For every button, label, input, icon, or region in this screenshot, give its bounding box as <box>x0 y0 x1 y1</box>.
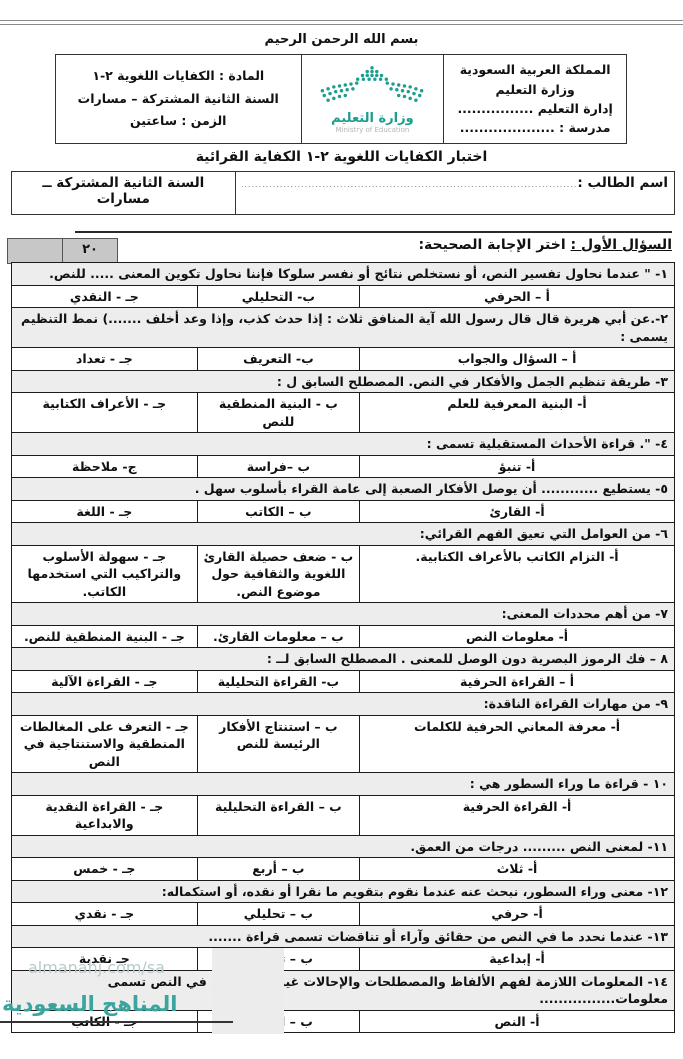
questions-table: ١- " عندما نحاول تفسير النص، أو نستخلص ن… <box>11 262 675 1033</box>
year-line: السنة الثانية المشتركة – مسارات <box>60 88 297 111</box>
student-class-cell: السنة الثانية المشتركة ــ مسارات <box>12 172 236 215</box>
options-row: أ – القراءة الحرفية ب- القراءة التحليلية… <box>12 670 675 693</box>
question-text: ٣- طريقة تنظيم الجمل والأفكار في النص. ا… <box>12 370 675 393</box>
options-row: أ- القراءة الحرفية ب – القراءة التحليلية… <box>12 795 675 835</box>
question-row: ١٠ - قراءة ما وراء السطور هي : <box>12 773 675 796</box>
option-b: ب – معلومات القارئ. <box>197 625 359 648</box>
options-row: أ – الحرفي ب- التحليلي جـ - النقدي <box>12 285 675 308</box>
options-row: أ – السؤال والجواب ب- التعريف جـ - تعداد <box>12 348 675 371</box>
option-a: أ- النص <box>360 1010 675 1033</box>
question-row: ١٣- عندما نحدد ما في النص من حقائق وآراء… <box>12 925 675 948</box>
options-row: أ- التزام الكاتب بالأعراف الكتابية. ب - … <box>12 545 675 603</box>
option-a: أ – السؤال والجواب <box>360 348 675 371</box>
option-b: ب – الكاتب <box>197 500 359 523</box>
school-line: مدرسة : .................... <box>448 118 622 137</box>
option-b: ب – تحليلي <box>197 903 359 926</box>
watermark-arabic: المناهج السعودية <box>2 992 178 1016</box>
score-empty-cell <box>8 239 62 263</box>
basmala: بسم الله الرحمن الرحيم <box>0 32 683 47</box>
option-a: أ- القارئ <box>360 500 675 523</box>
question-text: ١١- لمعنى النص ......... درجات من العمق. <box>12 835 675 858</box>
options-row: أ- تنبؤ ب –فراسة ج- ملاحظة <box>12 455 675 478</box>
header-right-cell: المملكة العربية السعودية وزارة التعليم إ… <box>444 55 627 144</box>
option-a: أ- حرفي <box>360 903 675 926</box>
kingdom-line: المملكة العربية السعودية <box>448 60 622 79</box>
option-a: أ- تنبؤ <box>360 455 675 478</box>
student-name-cell: اسم الطالب : ...........................… <box>235 172 674 215</box>
section-divider-rule <box>75 231 672 233</box>
question-row: ١١- لمعنى النص ......... درجات من العمق. <box>12 835 675 858</box>
option-a: أ- معلومات النص <box>360 625 675 648</box>
option-a: أ- إبداعية <box>360 948 675 971</box>
option-b: ب- التحليلي <box>197 285 359 308</box>
option-a: أ- معرفة المعاني الحرفية للكلمات <box>360 715 675 773</box>
student-name-label: اسم الطالب : <box>577 175 668 191</box>
top-double-rule <box>0 20 683 25</box>
question-text: ١- " عندما نحاول تفسير النص، أو نستخلص ن… <box>12 263 675 286</box>
watermark-url: almanahj.com/sa <box>28 958 165 977</box>
time-line: الزمن : ساعتين <box>60 110 297 133</box>
question-text: ٧- من أهم محددات المعنى: <box>12 603 675 626</box>
option-c: جـ - التعرف على المغالطات المنطقية والاس… <box>12 715 198 773</box>
option-a: أ – الحرفي <box>360 285 675 308</box>
question-text: ١٣- عندما نحدد ما في النص من حقائق وآراء… <box>12 925 675 948</box>
question-row: ٩- من مهارات القراءة الناقدة: <box>12 693 675 716</box>
option-c: جـ - سهولة الأسلوب والتراكيب التي استخدم… <box>12 545 198 603</box>
score-value: ٢٠ <box>62 239 117 263</box>
page-title: اختبار الكفايات اللغوية ٢-١ الكفاية القر… <box>0 149 683 165</box>
option-b: ب - ضعف حصيلة القارئ اللغوية والثقافية ح… <box>197 545 359 603</box>
option-c: جـ - القراءة الآلية <box>12 670 198 693</box>
option-c: جـ - خمس <box>12 858 198 881</box>
question-row: ٣- طريقة تنظيم الجمل والأفكار في النص. ا… <box>12 370 675 393</box>
option-b: ب – استنتاج الأفكار الرئيسة للنص <box>197 715 359 773</box>
question-text: ٤- ". قراءة الأحداث المستقبلية تسمى : <box>12 433 675 456</box>
question-row: ٦- من العوامل التي تعيق الفهم القرائي: <box>12 523 675 546</box>
option-a: أ- القراءة الحرفية <box>360 795 675 835</box>
question-text: ٢-.عن أبي هريرة قال قال رسول الله آية ال… <box>12 308 675 348</box>
header-logo-cell: وزارة التعليم Ministry of Education <box>301 55 444 144</box>
bottom-left-rule <box>0 1021 233 1023</box>
option-b: ب - البنية المنطقية للنص <box>197 393 359 433</box>
option-b: ب –فراسة <box>197 455 359 478</box>
options-row: أ- القارئ ب – الكاتب جـ - اللغة <box>12 500 675 523</box>
question-text: ٩- من مهارات القراءة الناقدة: <box>12 693 675 716</box>
option-c: ج- ملاحظة <box>12 455 198 478</box>
option-a: أ- التزام الكاتب بالأعراف الكتابية. <box>360 545 675 603</box>
student-name-blank: ........................................… <box>242 180 578 189</box>
option-c: جـ - الأعراف الكتابية <box>12 393 198 433</box>
question-row: ٢-.عن أبي هريرة قال قال رسول الله آية ال… <box>12 308 675 348</box>
logo-arabic-text: وزارة التعليم <box>306 111 440 126</box>
options-row: أ- حرفي ب – تحليلي جـ - نقدي <box>12 903 675 926</box>
ministry-of-education-logo-icon <box>313 64 431 106</box>
question-row: ١٢- معنى وراء السطور، نبحث عنه عندما نقو… <box>12 880 675 903</box>
option-a: أ- ثلاث <box>360 858 675 881</box>
option-b: ب- التعريف <box>197 348 359 371</box>
option-c: جـ - البنية المنطقية للنص. <box>12 625 198 648</box>
section-label: السؤال الأول : <box>571 237 672 253</box>
options-row: أ- ثلاث ب – أربع جـ - خمس <box>12 858 675 881</box>
question-row: ٧- من أهم محددات المعنى: <box>12 603 675 626</box>
section-heading: السؤال الأول : اختر الإجابة الصحيحة: <box>418 237 672 253</box>
option-c: جـ - نقدي <box>12 903 198 926</box>
ministry-line: وزارة التعليم <box>448 80 622 99</box>
options-row: أ- معلومات النص ب – معلومات القارئ. جـ -… <box>12 625 675 648</box>
option-b: ب – القراءة التحليلية <box>197 795 359 835</box>
score-box: ٢٠ <box>7 238 118 264</box>
option-c: جـ - النقدي <box>12 285 198 308</box>
question-text: ٨ – فك الرموز البصرية دون الوصل للمعنى .… <box>12 648 675 671</box>
option-c: جـ - تعداد <box>12 348 198 371</box>
student-name-table: اسم الطالب : ...........................… <box>11 171 675 215</box>
header-left-cell: المادة : الكفايات اللغوية ٢-١ السنة الثا… <box>56 55 302 144</box>
subject-line: المادة : الكفايات اللغوية ٢-١ <box>60 65 297 88</box>
option-a: أ – القراءة الحرفية <box>360 670 675 693</box>
options-row: أ- معرفة المعاني الحرفية للكلمات ب – است… <box>12 715 675 773</box>
option-c: جـ - اللغة <box>12 500 198 523</box>
question-text: ٦- من العوامل التي تعيق الفهم القرائي: <box>12 523 675 546</box>
question-text: ١٠ - قراءة ما وراء السطور هي : <box>12 773 675 796</box>
edu-admin-line: إدارة التعليم ................ <box>448 99 622 118</box>
exam-page: بسم الله الرحمن الرحيم المملكة العربية ا… <box>0 0 683 1059</box>
option-b: ب – أربع <box>197 858 359 881</box>
question-row: ١- " عندما نحاول تفسير النص، أو نستخلص ن… <box>12 263 675 286</box>
question-text: ١٢- معنى وراء السطور، نبحث عنه عندما نقو… <box>12 880 675 903</box>
option-a: أ- البنية المعرفية للعلم <box>360 393 675 433</box>
logo-english-text: Ministry of Education <box>306 126 440 134</box>
section-instruction: اختر الإجابة الصحيحة: <box>418 237 565 253</box>
question-text: ٥- يستطيع ............ أن يوصل الأفكار ا… <box>12 478 675 501</box>
question-row: ٥- يستطيع ............ أن يوصل الأفكار ا… <box>12 478 675 501</box>
option-b: ب- القراءة التحليلية <box>197 670 359 693</box>
option-c: جـ - القراءة النقدية والابداعية <box>12 795 198 835</box>
question-row: ٤- ". قراءة الأحداث المستقبلية تسمى : <box>12 433 675 456</box>
question-row: ٨ – فك الرموز البصرية دون الوصل للمعنى .… <box>12 648 675 671</box>
options-row: أ- البنية المعرفية للعلم ب - البنية المن… <box>12 393 675 433</box>
header-table: المملكة العربية السعودية وزارة التعليم إ… <box>55 54 627 144</box>
